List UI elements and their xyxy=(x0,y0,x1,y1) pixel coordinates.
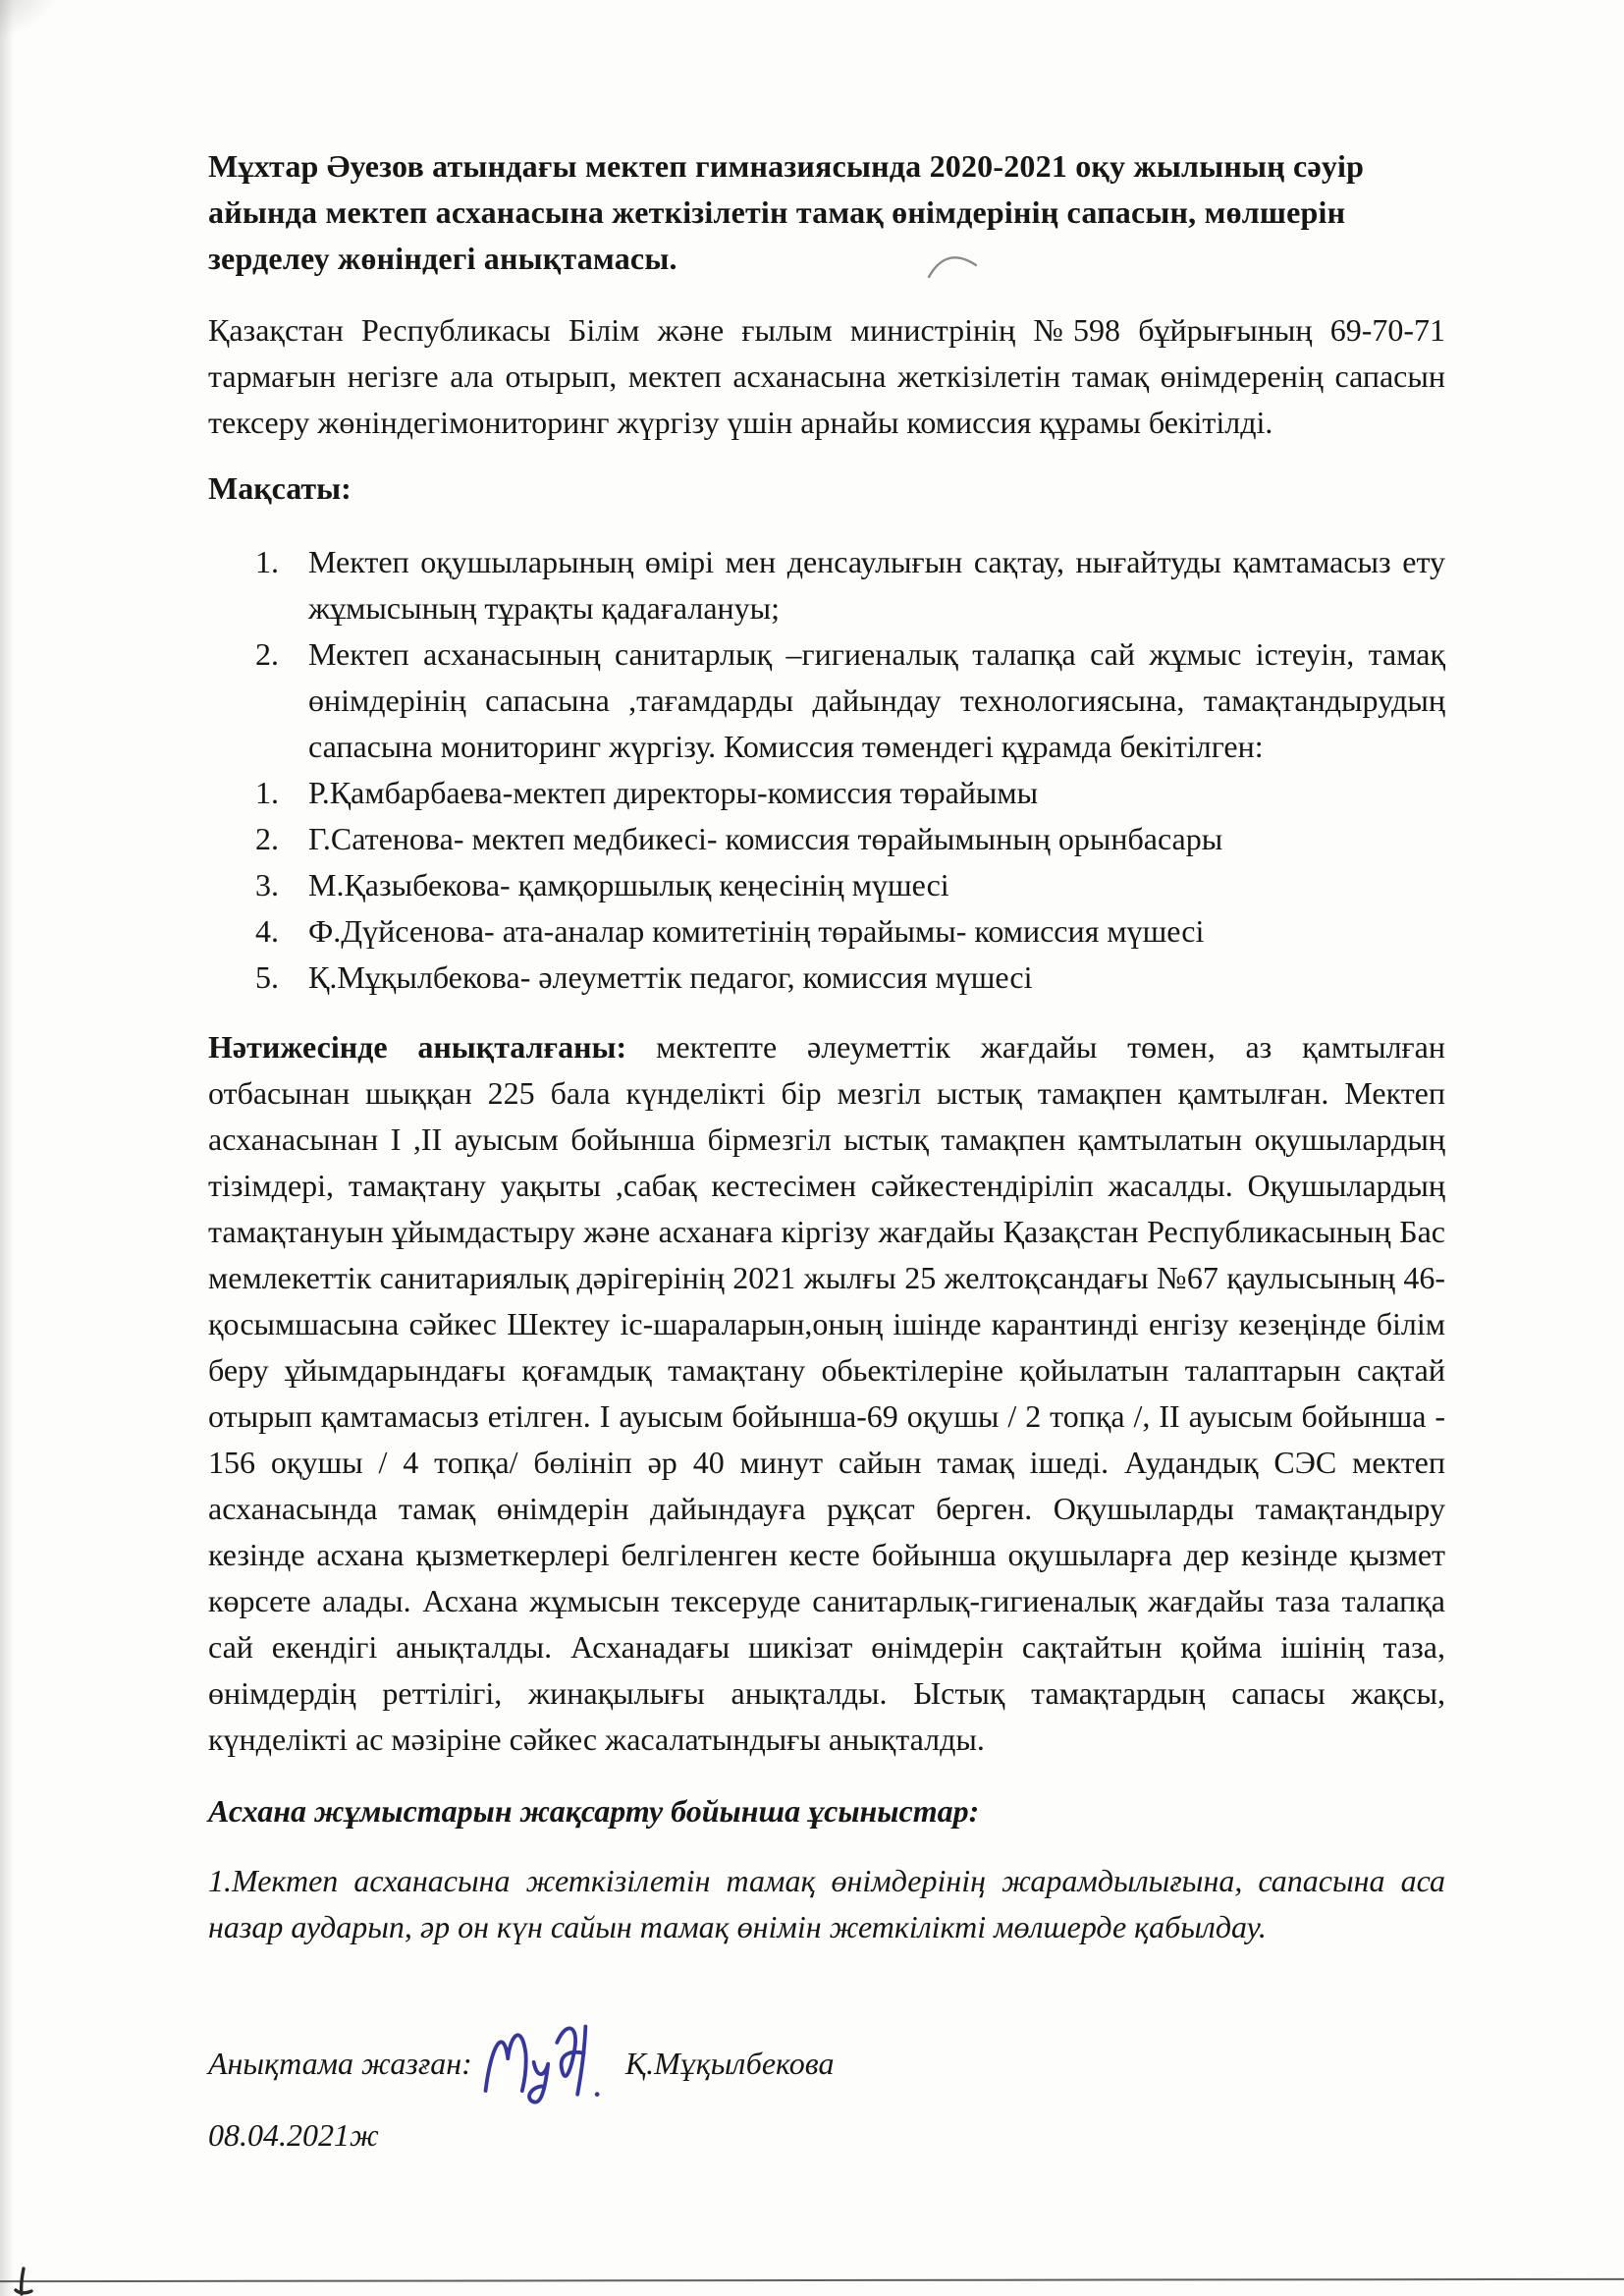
list-item: 2. Г.Сатенова- мектеп медбикесі- комисси… xyxy=(208,816,1445,862)
signature-label: Анықтама жазған: xyxy=(208,2041,472,2087)
committee-list: 1. Р.Қамбарбаева-мектеп директоры-комисс… xyxy=(208,770,1445,1001)
list-item-text: Р.Қамбарбаева-мектеп директоры-комиссия … xyxy=(308,770,1445,816)
document-content: Мұхтар Әуезов атындағы мектеп гимназиясы… xyxy=(208,143,1445,2159)
list-item-text: Ф.Дүйсенова- ата-аналар комитетінің төра… xyxy=(308,908,1445,955)
list-item: 1. Мектеп оқушыларының өмірі мен денсаул… xyxy=(208,539,1445,631)
recommendations-heading: Асхана жұмыстарын жақсарту бойынша ұсыны… xyxy=(208,1788,1445,1834)
list-item-number: 2. xyxy=(255,631,308,770)
signature-name: Қ.Мұқылбекова xyxy=(625,2041,835,2087)
list-item: 5. Қ.Мұқылбекова- әлеуметтік педагог, ко… xyxy=(208,955,1445,1001)
list-item-number: 5. xyxy=(255,955,308,1001)
list-item-number: 4. xyxy=(255,908,308,955)
list-item: 1. Р.Қамбарбаева-мектеп директоры-комисс… xyxy=(208,770,1445,816)
result-body: мектепте әлеуметтік жағдайы төмен, аз қа… xyxy=(208,1029,1445,1757)
result-lead: Нәтижесінде анықталғаны: xyxy=(208,1029,626,1065)
list-item-number: 2. xyxy=(255,816,308,862)
list-item: 4. Ф.Дүйсенова- ата-аналар комитетінің т… xyxy=(208,908,1445,955)
list-item: 2. Мектеп асханасының санитарлық –гигиен… xyxy=(208,631,1445,770)
result-paragraph: Нәтижесінде анықталғаны:мектепте әлеумет… xyxy=(208,1024,1445,1763)
document-page: Мұхтар Әуезов атындағы мектеп гимназиясы… xyxy=(0,0,1624,2296)
list-item-number: 1. xyxy=(255,539,308,631)
list-item-text: Қ.Мұқылбекова- әлеуметтік педагог, комис… xyxy=(308,955,1445,1001)
pen-mark-bottom-left xyxy=(6,2267,45,2296)
scan-smudge-corner xyxy=(0,0,61,41)
recommendation-item: 1.Мектеп асханасына жеткізілетін тамақ ө… xyxy=(208,1858,1445,1950)
list-item-text: Мектеп оқушыларының өмірі мен денсаулығы… xyxy=(308,539,1445,631)
list-item: 3. М.Қазыбекова- қамқоршылық кеңесінің м… xyxy=(208,862,1445,908)
list-item-text: М.Қазыбекова- қамқоршылық кеңесінің мүше… xyxy=(308,862,1445,908)
list-item-text: Мектеп асханасының санитарлық –гигиеналы… xyxy=(308,631,1445,770)
list-item-number: 3. xyxy=(255,862,308,908)
intro-paragraph: Қазақстан Республикасы Білім және ғылым … xyxy=(208,307,1445,446)
handwritten-signature xyxy=(476,2012,623,2110)
scan-edge-shadow xyxy=(0,0,14,2296)
scan-bottom-edge-line xyxy=(0,2278,1624,2282)
signature-row: Анықтама жазған: Қ.Мұқылбекова xyxy=(208,2041,1445,2087)
list-item-number: 1. xyxy=(255,770,308,816)
document-title: Мұхтар Әуезов атындағы мектеп гимназиясы… xyxy=(208,143,1445,282)
goals-heading: Мақсаты: xyxy=(208,465,1445,512)
list-item-text: Г.Сатенова- мектеп медбикесі- комиссия т… xyxy=(308,816,1445,862)
document-date: 08.04.2021ж xyxy=(208,2112,1445,2159)
goals-list: 1. Мектеп оқушыларының өмірі мен денсаул… xyxy=(208,539,1445,770)
